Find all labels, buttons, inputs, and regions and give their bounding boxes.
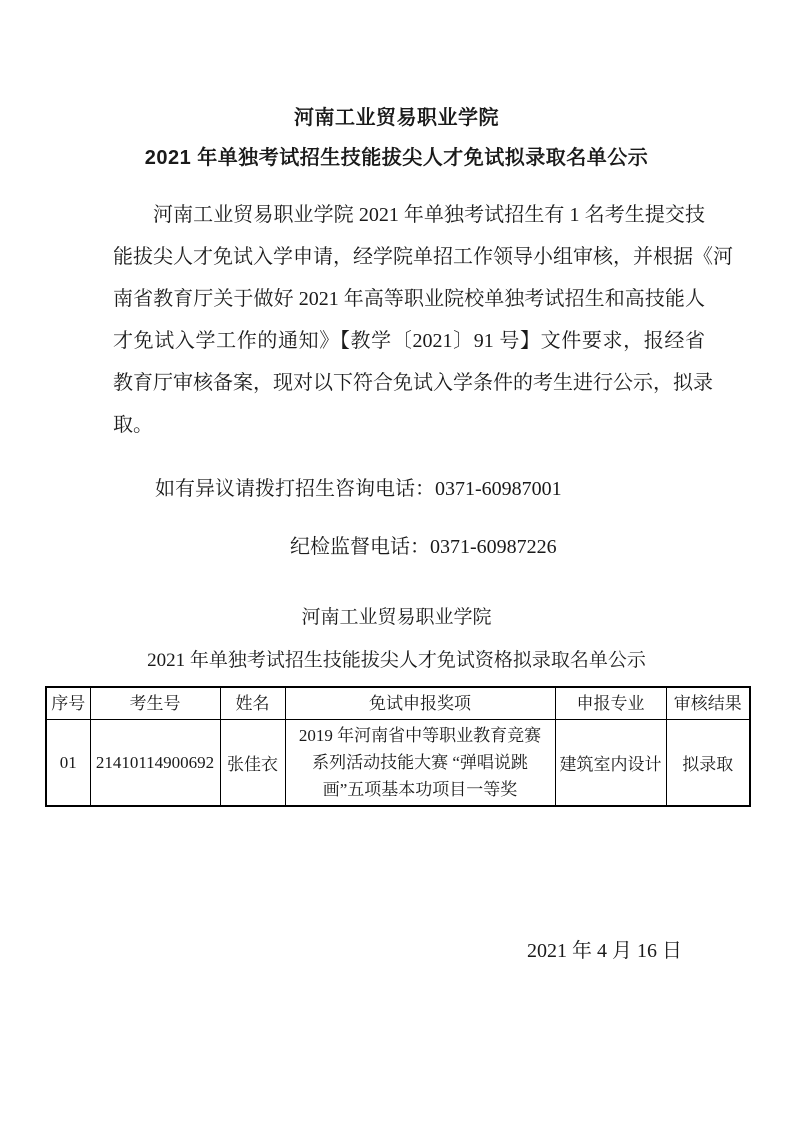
body-paragraph: 河南工业贸易职业学院 2021 年单独考试招生有 1 名考生提交技 能拔尖人才免… [113,194,705,446]
cell-major: 建筑室内设计 [555,720,666,807]
doc-title-college: 河南工业贸易职业学院 [0,0,793,132]
col-header-seq: 序号 [46,687,90,720]
table-header-row: 序号 考生号 姓名 免试申报奖项 申报专业 审核结果 [46,687,750,720]
paragraph-line: 能拔尖人才免试入学申请，经学院单招工作领导小组审核，并根据《河 [113,236,705,278]
paragraph-line: 河南工业贸易职业学院 2021 年单独考试招生有 1 名考生提交技 [113,194,705,236]
paragraph-line: 才免试入学工作的通知》【教学〔2021〕91 号】文件要求，报经省 [113,320,705,362]
col-header-name: 姓名 [220,687,285,720]
cell-seq: 01 [46,720,90,807]
doc-title-announcement: 2021 年单独考试招生技能拔尖人才免试拟录取名单公示 [0,144,793,172]
list-subtitle-college: 河南工业贸易职业学院 [0,604,793,632]
list-subtitle-announcement: 2021 年单独考试招生技能拔尖人才免试资格拟录取名单公示 [0,647,793,675]
col-header-award: 免试申报奖项 [285,687,555,720]
table-row: 01 21410114900692 张佳衣 2019 年河南省中等职业教育竞赛系… [46,720,750,807]
cell-result: 拟录取 [666,720,750,807]
publish-date: 2021 年 4 月 16 日 [0,937,793,965]
hotline-admissions: 如有异议请拨打招生咨询电话：0371-60987001 [155,468,793,510]
col-header-result: 审核结果 [666,687,750,720]
admission-table: 序号 考生号 姓名 免试申报奖项 申报专业 审核结果 01 2141011490… [45,686,751,807]
hotline-discipline: 纪检监督电话：0371-60987226 [290,526,793,568]
announcement-document: 河南工业贸易职业学院 2021 年单独考试招生技能拔尖人才免试拟录取名单公示 河… [0,0,793,1122]
cell-award: 2019 年河南省中等职业教育竞赛系列活动技能大赛 “弹唱说跳画”五项基本功项目… [285,720,555,807]
col-header-major: 申报专业 [555,687,666,720]
cell-name: 张佳衣 [220,720,285,807]
paragraph-line: 教育厅审核备案，现对以下符合免试入学条件的考生进行公示，拟录 [113,362,705,404]
paragraph-line: 南省教育厅关于做好 2021 年高等职业院校单独考试招生和高技能人 [113,278,705,320]
col-header-candidate-no: 考生号 [90,687,220,720]
paragraph-line: 取。 [113,404,705,446]
cell-candidate-no: 21410114900692 [90,720,220,807]
